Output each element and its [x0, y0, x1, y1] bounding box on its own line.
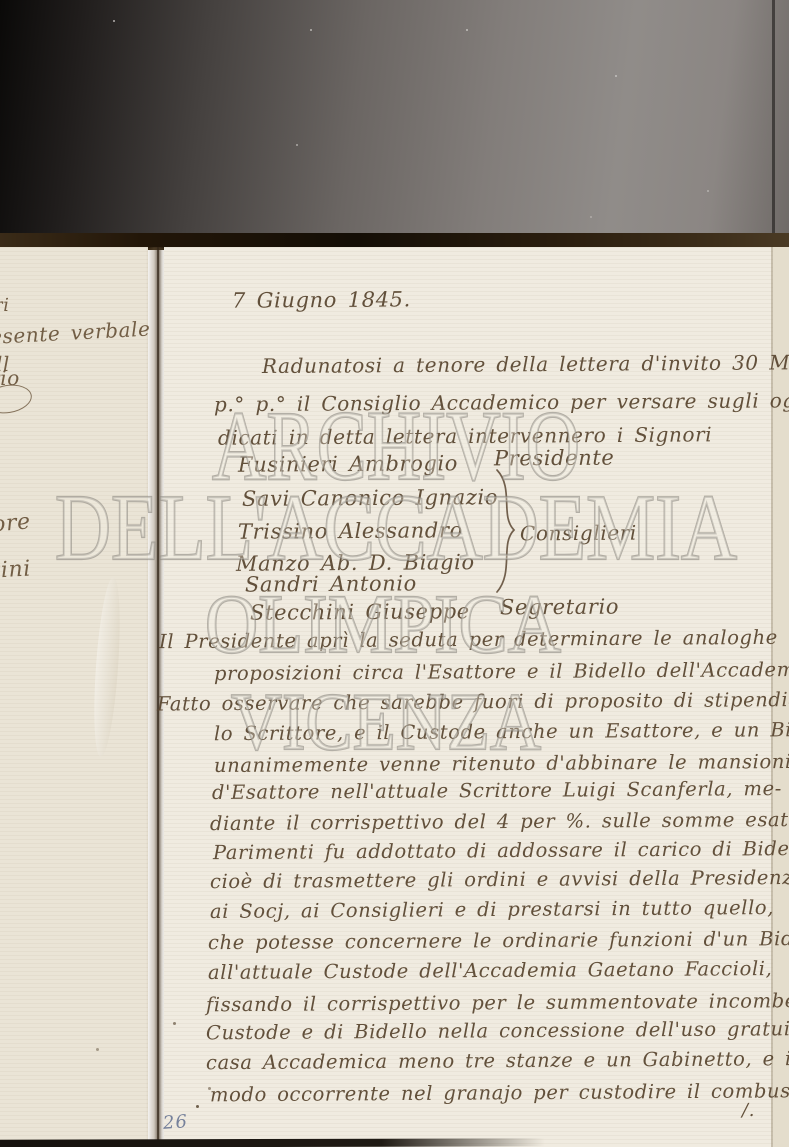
manuscript-line: Fatto osservare che sarebbe fuori di pro…	[157, 687, 789, 715]
manuscript-line: dicati in detta lettera intervennero i S…	[218, 422, 712, 449]
manuscript-line: casa Accademica meno tre stanze e un Gab…	[206, 1047, 789, 1074]
dust-specks	[113, 20, 115, 22]
attendee-secretary-title: Segretario	[500, 595, 619, 620]
manuscript-line: che potesse concernere le ordinarie funz…	[208, 927, 789, 954]
scan-bottom-edge	[0, 1138, 545, 1147]
manuscript-line: lo Scrittore, e il Custode anche un Esat…	[214, 718, 789, 745]
manuscript-line: d'Esattore nell'attuale Scrittore Luigi …	[212, 777, 782, 804]
manuscript-line: unanimemente venne ritenuto d'abbinare l…	[214, 750, 789, 777]
attendee-councillor: Savi Canonico Ignazio	[242, 485, 498, 511]
manuscript-line: diante il corrispettivo del 4 per %. sul…	[210, 808, 789, 835]
manuscript-line: cioè di trasmettere gli ordini e avvisi …	[210, 866, 789, 893]
councillors-label: Consiglieri	[520, 521, 637, 546]
attendee-councillor: Trissino Alessandro	[238, 518, 463, 544]
manuscript-line: Parimenti fu addottato di addossare il c…	[213, 837, 789, 864]
manuscript-line: fissando il corrispettivo per le summent…	[206, 989, 789, 1017]
manuscript-line: Radunatosi a tenore della lettera d'invi…	[262, 350, 789, 378]
manuscript-line: Il Presidente aprì la seduta per determi…	[159, 626, 778, 653]
attendee-president-name: Fusinieri Ambrogio	[238, 451, 458, 477]
attendee-councillor: Sandri Antonio	[245, 571, 417, 596]
manuscript-line: modo occorrente nel granajo per custodir…	[210, 1079, 789, 1107]
attendee-president-title: Presidente	[494, 446, 615, 471]
scanner-edge-shadow	[772, 0, 775, 234]
left-page-fragment: ri	[0, 295, 10, 316]
manuscript-line: p.° p.° il Consiglio Accademico per vers…	[214, 388, 789, 417]
manuscript-line: all'attuale Custode dell'Accademia Gaeta…	[208, 957, 773, 984]
attendee-secretary-name: Stecchini Giuseppe	[250, 599, 470, 625]
councillors-brace	[490, 468, 520, 594]
manuscript-date: 7 Giugno 1845.	[232, 287, 411, 312]
previous-page-sliver	[0, 247, 148, 1147]
manuscript-line: ai Socj, ai Consiglieri e di prestarsi i…	[210, 896, 774, 923]
continuation-mark: /.	[742, 1100, 755, 1121]
manuscript-line: Custode e di Bidello nella concessione d…	[206, 1017, 789, 1045]
ink-specks	[196, 1105, 199, 1108]
page-number: 26	[162, 1111, 188, 1134]
left-page-fragment: uzini	[0, 557, 32, 585]
paper-texture	[0, 247, 148, 1147]
scanner-background-band	[0, 0, 789, 234]
manuscript-line: proposizioni circa l'Esattore e il Bidel…	[214, 658, 789, 685]
scanned-manuscript-page: ri il presente verbale ll rio utore uzin…	[0, 0, 789, 1147]
